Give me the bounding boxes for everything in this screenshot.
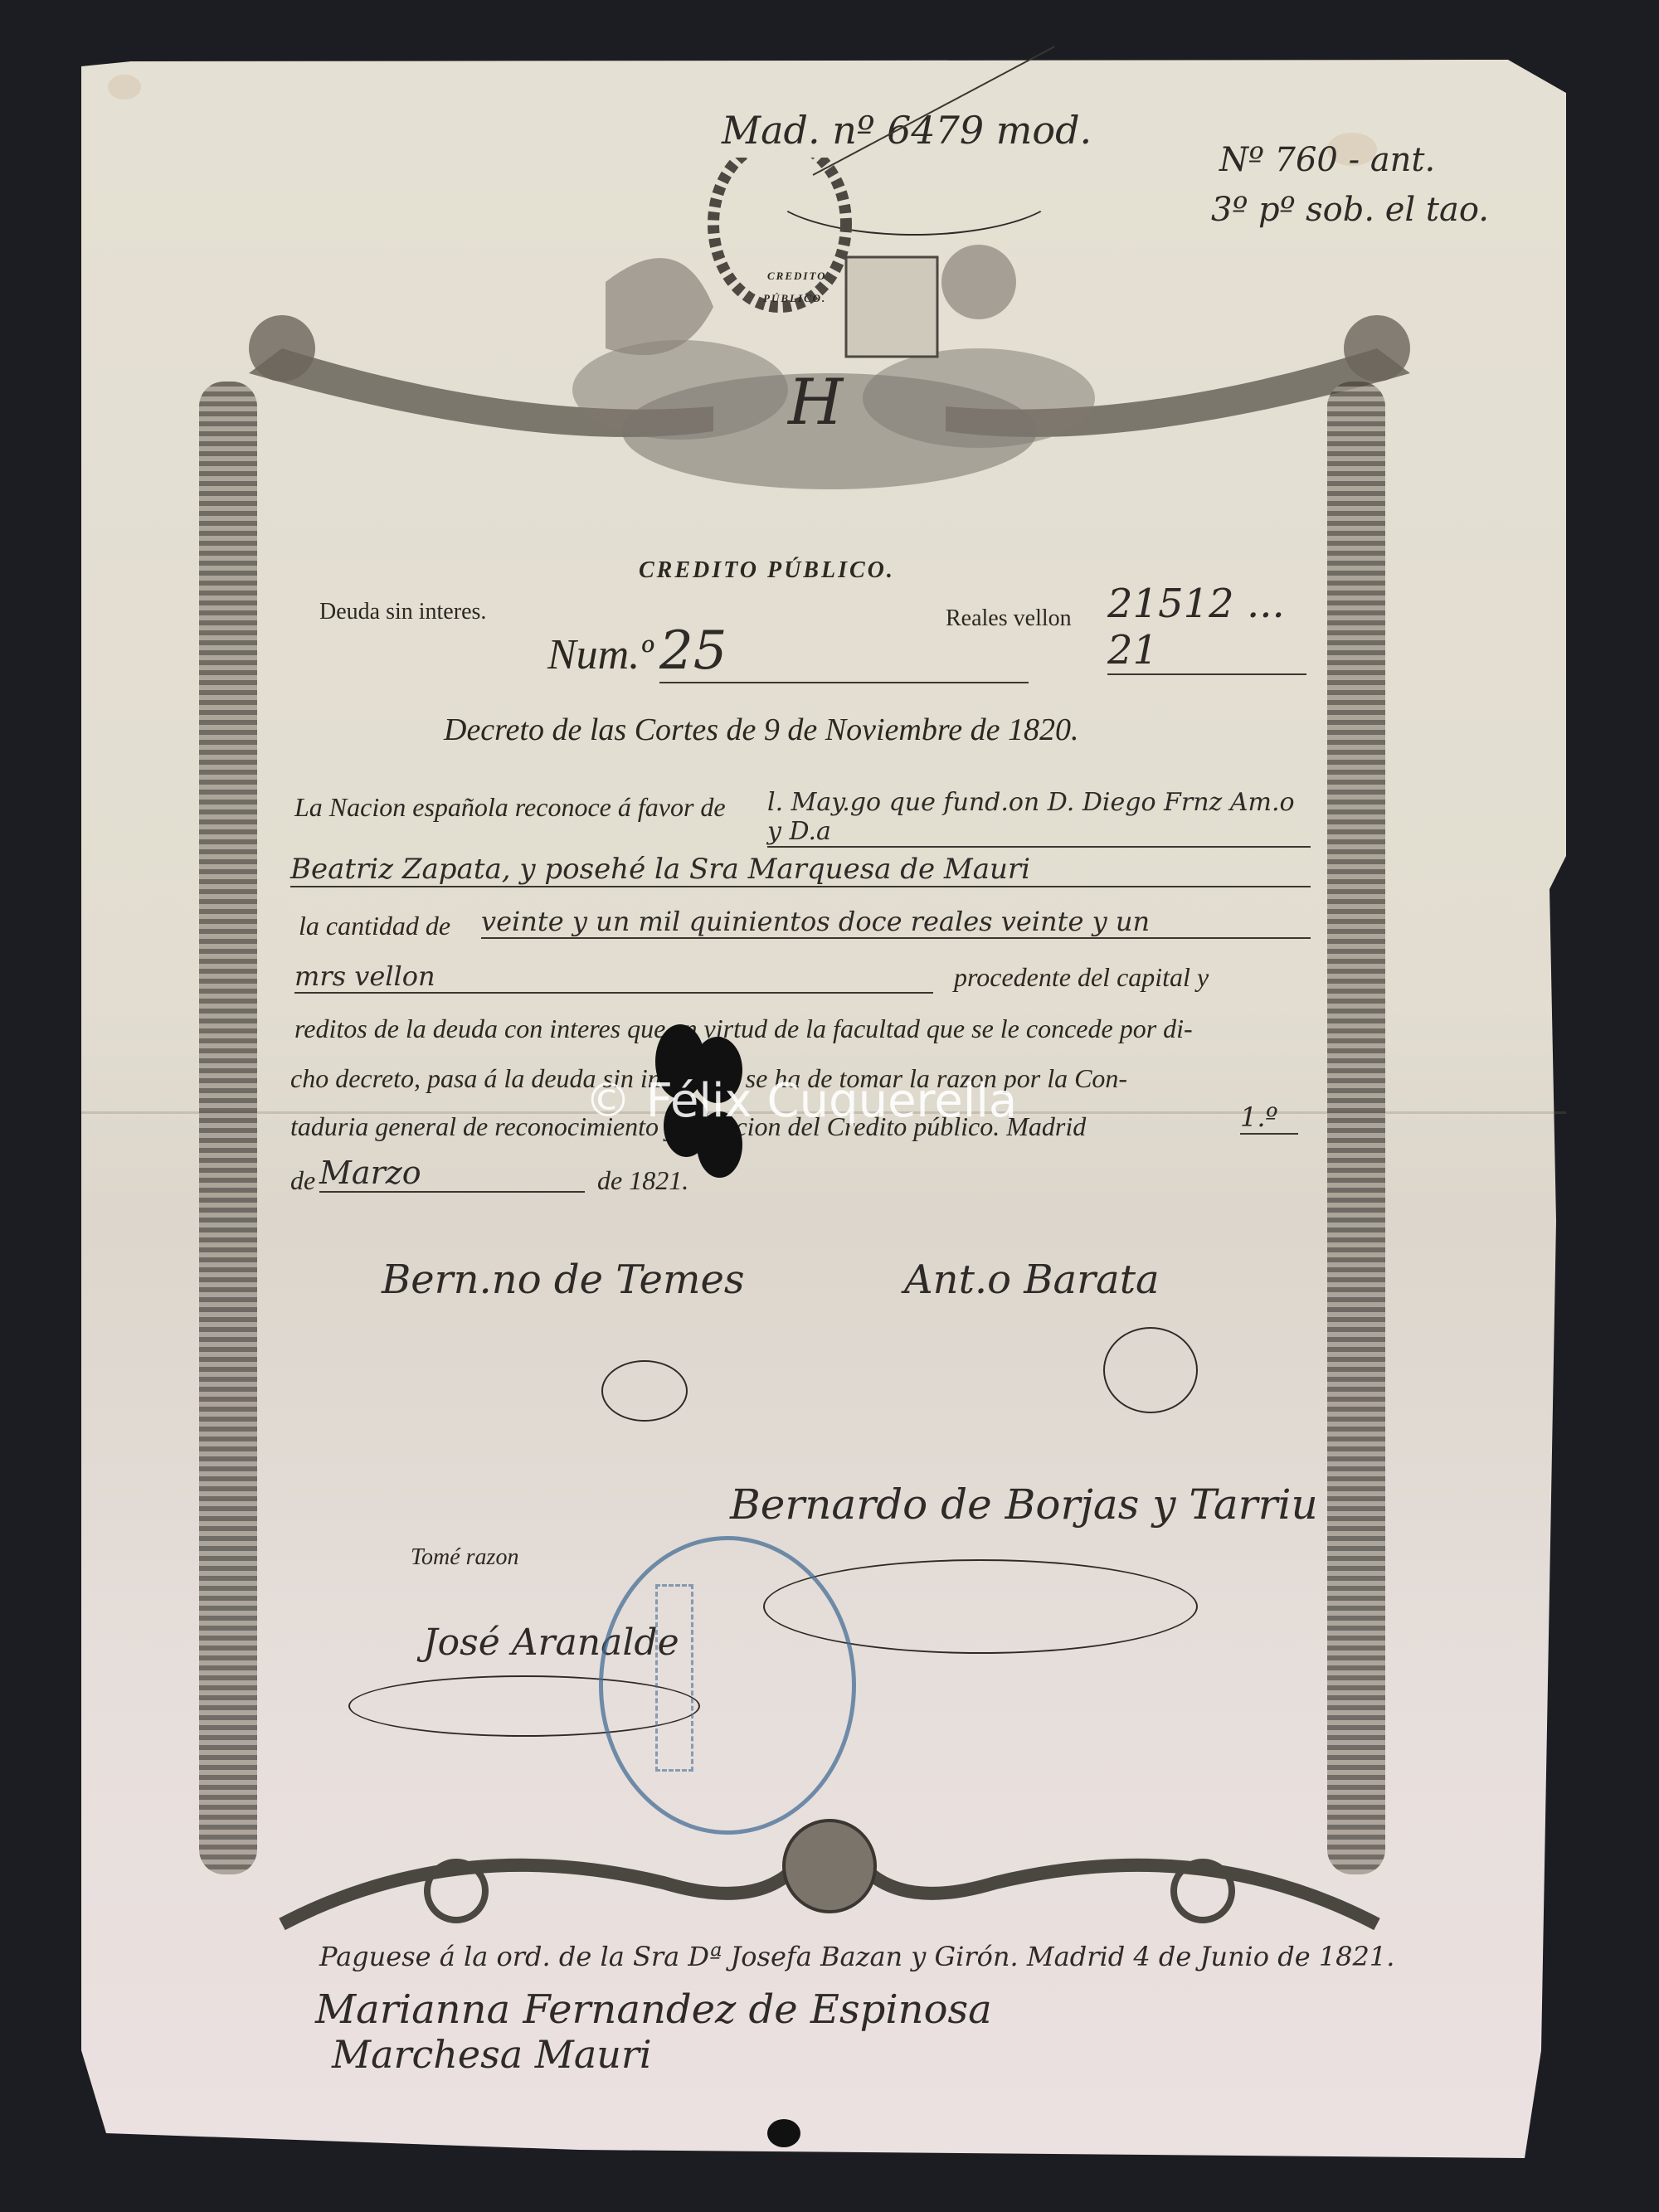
decree-line: Decreto de las Cortes de 9 de Noviembre … — [444, 712, 1078, 748]
body-line8-de: de — [290, 1165, 315, 1196]
number-label: Num.º — [547, 630, 653, 679]
ink-spot — [767, 2119, 800, 2147]
endorsement-signature-1: Marianna Fernandez de Espinosa — [315, 1986, 992, 2033]
endorsement-line1: Paguese á la ord. de la Sra Dª Josefa Ba… — [319, 1941, 1394, 1972]
copyright-watermark: © Félix Cuquerella — [585, 1074, 1017, 1128]
body-line7-hand: 1.º — [1240, 1101, 1298, 1135]
body-line1-printed: La Nacion española reconoce á favor de — [294, 792, 726, 823]
body-line3-printed: la cantidad de — [299, 911, 450, 941]
signature-right: Ant.o Barata — [904, 1257, 1160, 1303]
tome-razon-label: Tomé razon — [411, 1544, 518, 1571]
body-line1-hand: l. May.go que fund.on D. Diego Frnz Am.o… — [767, 788, 1311, 848]
emblem-text-2: PÚBLICO. — [763, 292, 826, 305]
signature-flourish — [601, 1360, 688, 1422]
blue-ink-stamp — [599, 1536, 856, 1835]
body-line4-printed: procedente del capital y — [954, 962, 1209, 993]
body-line8-hand-month: Marzo — [319, 1155, 585, 1193]
left-ornamental-column — [199, 382, 257, 1874]
allegorical-engraving-header — [249, 158, 1410, 523]
signature-center: Bernardo de Borjas y Tarriu — [730, 1480, 1318, 1529]
debt-type-label: Deuda sin interes. — [319, 599, 486, 625]
number-value: 25 — [659, 620, 1029, 683]
emblem-text-1: CREDITO — [767, 270, 827, 283]
body-line3-hand: veinte y un mil quinientos doce reales v… — [481, 906, 1311, 939]
amount-value: 21512 ... 21 — [1107, 581, 1306, 675]
document-title: CREDITO PÚBLICO. — [639, 557, 895, 584]
body-line4-hand: mrs vellon — [294, 960, 933, 994]
stain — [108, 75, 141, 100]
endorsement-signature-2: Marchesa Mauri — [332, 2032, 652, 2077]
signature-left: Bern.no de Temes — [382, 1257, 745, 1303]
signature-flourish — [1103, 1327, 1198, 1413]
body-line5: reditos de la deuda con interes que en v… — [294, 1014, 1193, 1044]
body-line2-hand: Beatriz Zapata, y posehé la Sra Marquesa… — [290, 853, 1311, 887]
header-hand-mark: H — [788, 365, 843, 439]
body-line8-year: de 1821. — [597, 1165, 688, 1196]
right-ornamental-column — [1327, 382, 1385, 1874]
stamp-inner-text — [655, 1584, 693, 1772]
